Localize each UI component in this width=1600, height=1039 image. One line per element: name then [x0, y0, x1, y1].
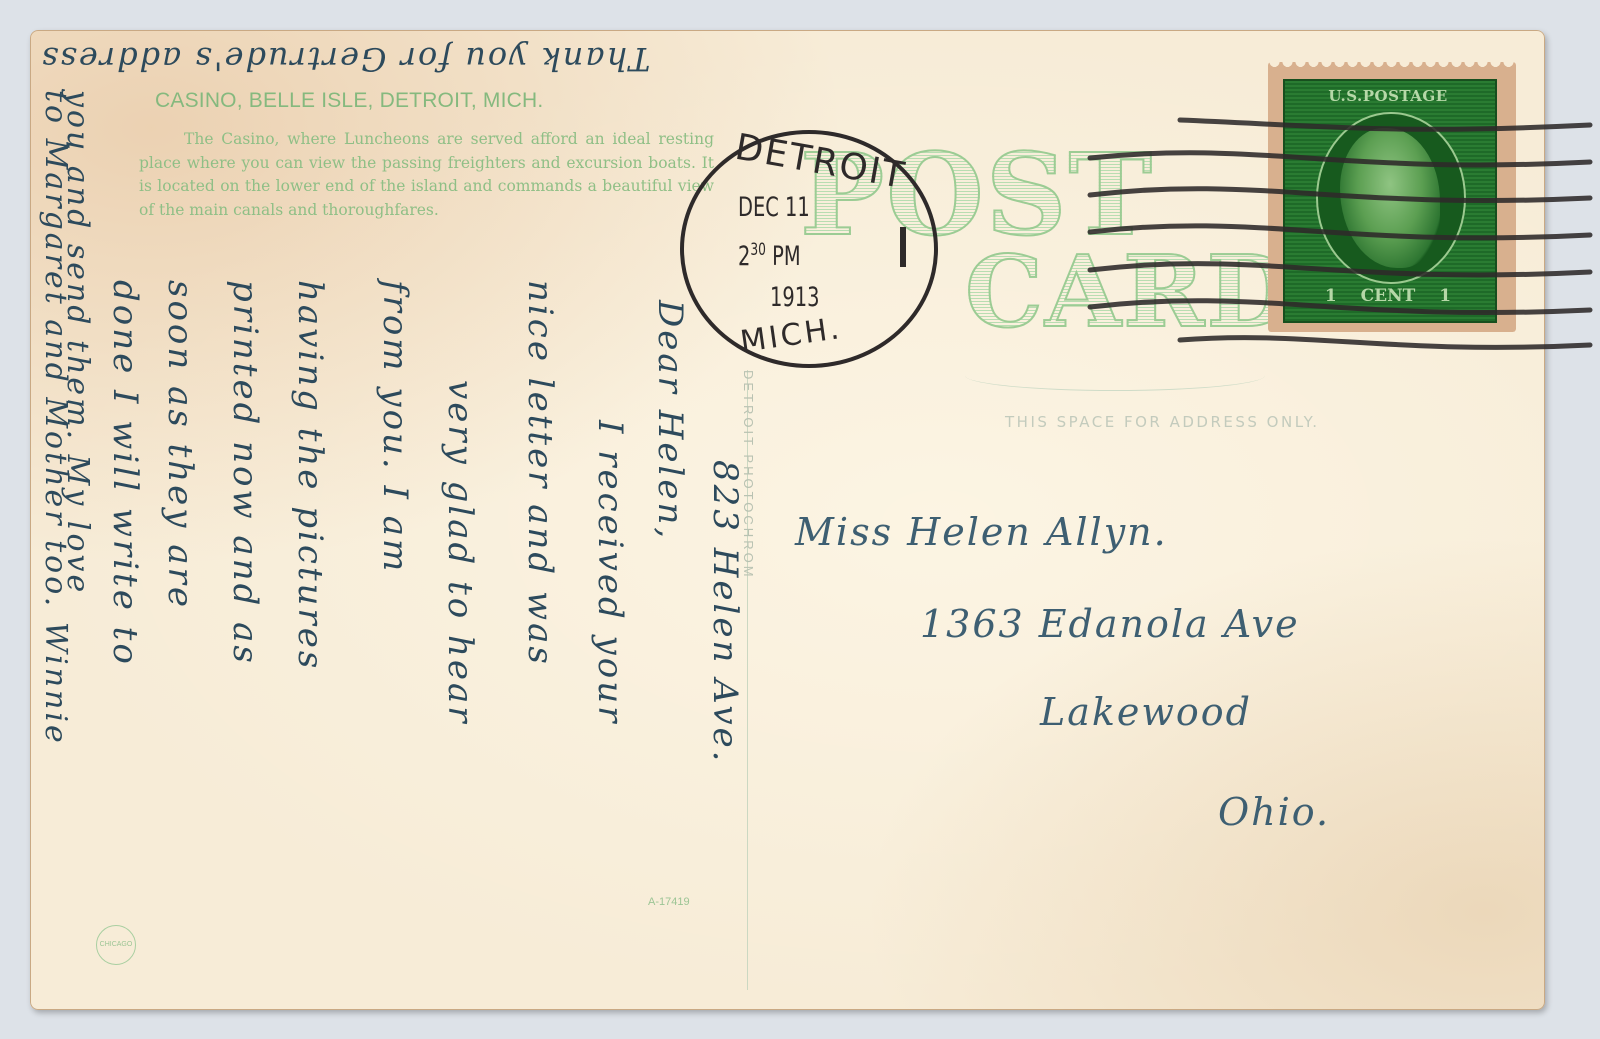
postmark-hour: 2 — [738, 241, 750, 272]
postmark-ampm: PM — [772, 241, 800, 272]
caption-body: The Casino, where Luncheons are served a… — [139, 128, 714, 222]
message-line: nice letter and was — [520, 280, 560, 667]
message-line: from you. I am — [375, 280, 415, 574]
message-line: having the pictures — [290, 280, 330, 671]
message-line: very glad to hear — [440, 380, 480, 726]
message-line: Dear Helen, — [650, 300, 690, 541]
address-city: Lakewood — [1040, 690, 1252, 734]
postmark-time: 230 PM — [738, 240, 801, 272]
message-line: 823 Helen Ave. — [705, 460, 745, 765]
message-line: to Margaret and Mother too. Winnie — [38, 90, 73, 746]
address-street: 1363 Edanola Ave — [920, 602, 1300, 646]
postmark-year: 1913 — [770, 282, 819, 313]
cancellation-lines-icon — [1010, 100, 1600, 360]
postmark-bar — [900, 227, 906, 267]
postmark-date: DEC 11 — [738, 192, 810, 223]
message-line: soon as they are — [160, 280, 200, 610]
message-line: done I will write to — [105, 280, 145, 667]
message-line: printed now and as — [225, 280, 265, 666]
address-state: Ohio. — [1218, 790, 1330, 834]
caption-title: CASINO, BELLE ISLE, DETROIT, MICH. — [155, 89, 543, 113]
catalog-number: A-17419 — [648, 896, 690, 908]
postmark-minutes: 30 — [750, 240, 766, 260]
ornament-flourish — [965, 360, 1265, 391]
publisher-logo: CHICAGO — [96, 925, 136, 965]
message-line: I received your — [590, 420, 630, 725]
upside-down-note: Thank you for Gertrude's address — [40, 40, 650, 78]
address-notice: THIS SPACE FOR ADDRESS ONLY. — [1005, 413, 1319, 431]
address-recipient: Miss Helen Allyn. — [795, 510, 1168, 554]
